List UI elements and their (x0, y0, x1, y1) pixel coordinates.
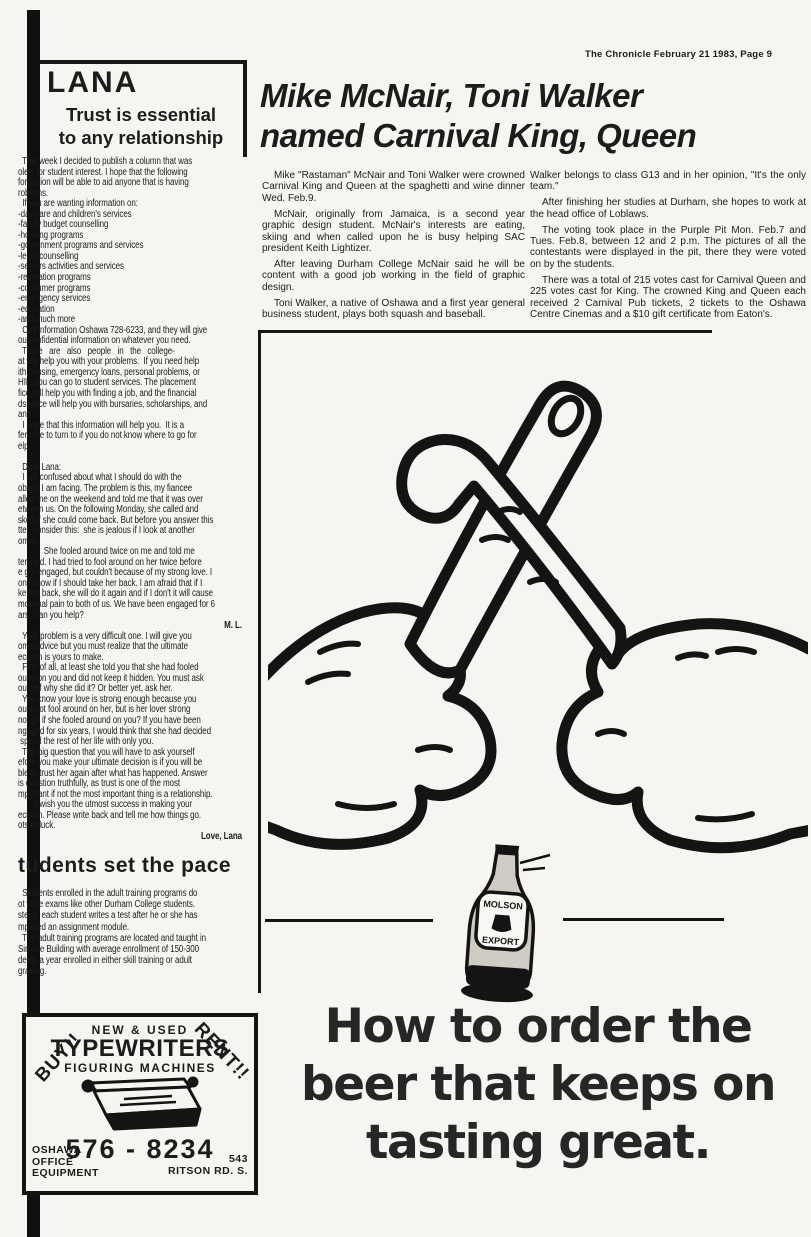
lana-box-right-border (243, 60, 247, 157)
lana-text-line: nough if she fooled around on you? If yo… (18, 716, 252, 727)
company-line3: EQUIPMENT (32, 1168, 99, 1180)
students-text-line: grading. (18, 966, 252, 977)
students-text-line: ot write exams like other Durham College… (18, 899, 252, 910)
article-paragraph: After finishing her studies at Durham, s… (530, 197, 806, 220)
article-paragraph: The voting took place in the Purple Pit … (530, 225, 806, 271)
students-text-line: Simcoe Building with average enrollment … (18, 944, 252, 955)
beer-bottle-illustration: MOLSON EXPORT (450, 841, 554, 1007)
lana-subtitle-line2: to any relationship (40, 126, 242, 149)
article-paragraph: McNair, originally from Jamaica, is a se… (262, 209, 525, 255)
article-paragraph: Walker belongs to class G13 and in her o… (530, 170, 806, 193)
lana-text-line: motional pain to both of us. We have bee… (18, 600, 252, 611)
lana-column-title: LANA (47, 66, 138, 100)
address-street: RITSON RD. S. (168, 1165, 248, 1177)
ad-line-figuring-machines: FIGURING MACHINES (26, 1061, 254, 1075)
article-paragraph: After leaving Durham College McNair said… (262, 259, 525, 293)
article-headline-line2: named Carnival King, Queen (260, 116, 720, 156)
company-address: 543 RITSON RD. S. (168, 1153, 248, 1177)
lana-text-line: elp. (18, 442, 252, 453)
article-paragraph: There was a total of 215 votes cast for … (530, 275, 806, 321)
article-column-2: Walker belongs to class G13 and in her o… (530, 170, 806, 325)
typewriter-illustration (72, 1075, 208, 1133)
company-line1: OSHAWA (32, 1145, 99, 1157)
beer-headline-line3: tasting great. (266, 1114, 810, 1172)
lana-text-line: oblem I am facing. The problem is this, … (18, 484, 252, 495)
company-name: OSHAWA OFFICE EQUIPMENT (32, 1145, 99, 1180)
lana-text-line: tter, consider this: she is jealous if I… (18, 526, 252, 537)
students-text-line: The adult training programs are located … (18, 933, 252, 944)
lana-text-line: This week I decided to publish a column … (18, 157, 252, 168)
beer-headline-line1: How to order the (266, 998, 810, 1056)
lana-text-line: etween us. On the following Monday, she … (18, 505, 252, 516)
students-text-line: dents a year enrolled in either skill tr… (18, 955, 252, 966)
newspaper-page: The Chronicle February 21 1983, Page 9 L… (0, 0, 811, 1237)
lana-column-body: This week I decided to publish a column … (18, 157, 252, 843)
lana-text-line: ference to turn to if you do not know wh… (18, 431, 252, 442)
article-headline-line1: Mike McNair, Toni Walker (260, 76, 720, 116)
lana-text-line: formation will be able to aid anyone tha… (18, 178, 252, 189)
article-column-1: Mike "Rastaman" McNair and Toni Walker w… (262, 170, 525, 325)
table-line-left (265, 919, 433, 922)
students-text-line: stead, each student writes a test after … (18, 910, 252, 921)
students-text-line: mpleted an assignment module. (18, 922, 252, 933)
article-headline: Mike McNair, Toni Walker named Carnival … (260, 76, 720, 156)
lana-column-subtitle: Trust is essential to any relationship (40, 103, 242, 149)
lana-text-line: Love, Lana (18, 832, 252, 843)
students-text-line: Students enrolled in the adult training … (18, 888, 252, 899)
beer-ad-left-border (258, 330, 261, 993)
lana-subtitle-line1: Trust is essential (40, 103, 242, 126)
lana-text-line: ars. Can you help? (18, 611, 252, 622)
lana-text-line: fice will help you with finding a job, a… (18, 389, 252, 400)
article-paragraph: Mike "Rastaman" McNair and Toni Walker w… (262, 170, 525, 204)
table-line-right (563, 918, 724, 921)
beer-ad-headline: How to order the beer that keeps on tast… (266, 998, 810, 1172)
lana-box-top-border (40, 60, 247, 64)
typewriter-knob-right (189, 1078, 197, 1086)
ad-line-typewriters: TYPEWRITERS (26, 1035, 254, 1063)
lana-text-line: ds office will help you with bursaries, … (18, 400, 252, 411)
article-paragraph: Toni Walker, a native of Oshawa and a fi… (262, 298, 525, 321)
address-number: 543 (168, 1153, 248, 1165)
masthead: The Chronicle February 21 1983, Page 9 (585, 49, 772, 60)
beer-ad-top-border (258, 330, 712, 333)
students-article-heading: tudents set the pace (18, 854, 231, 878)
typewriter-knob-left (83, 1081, 93, 1091)
lana-text-line: -recreation programs (18, 273, 252, 284)
motion-marks (520, 855, 550, 870)
typewriter-ad: BUY!! RENT!! NEW & USED TYPEWRITERS FIGU… (22, 1013, 258, 1195)
beer-headline-line2: beer that keeps on (266, 1056, 810, 1114)
students-article-body: Students enrolled in the adult training … (18, 888, 252, 978)
